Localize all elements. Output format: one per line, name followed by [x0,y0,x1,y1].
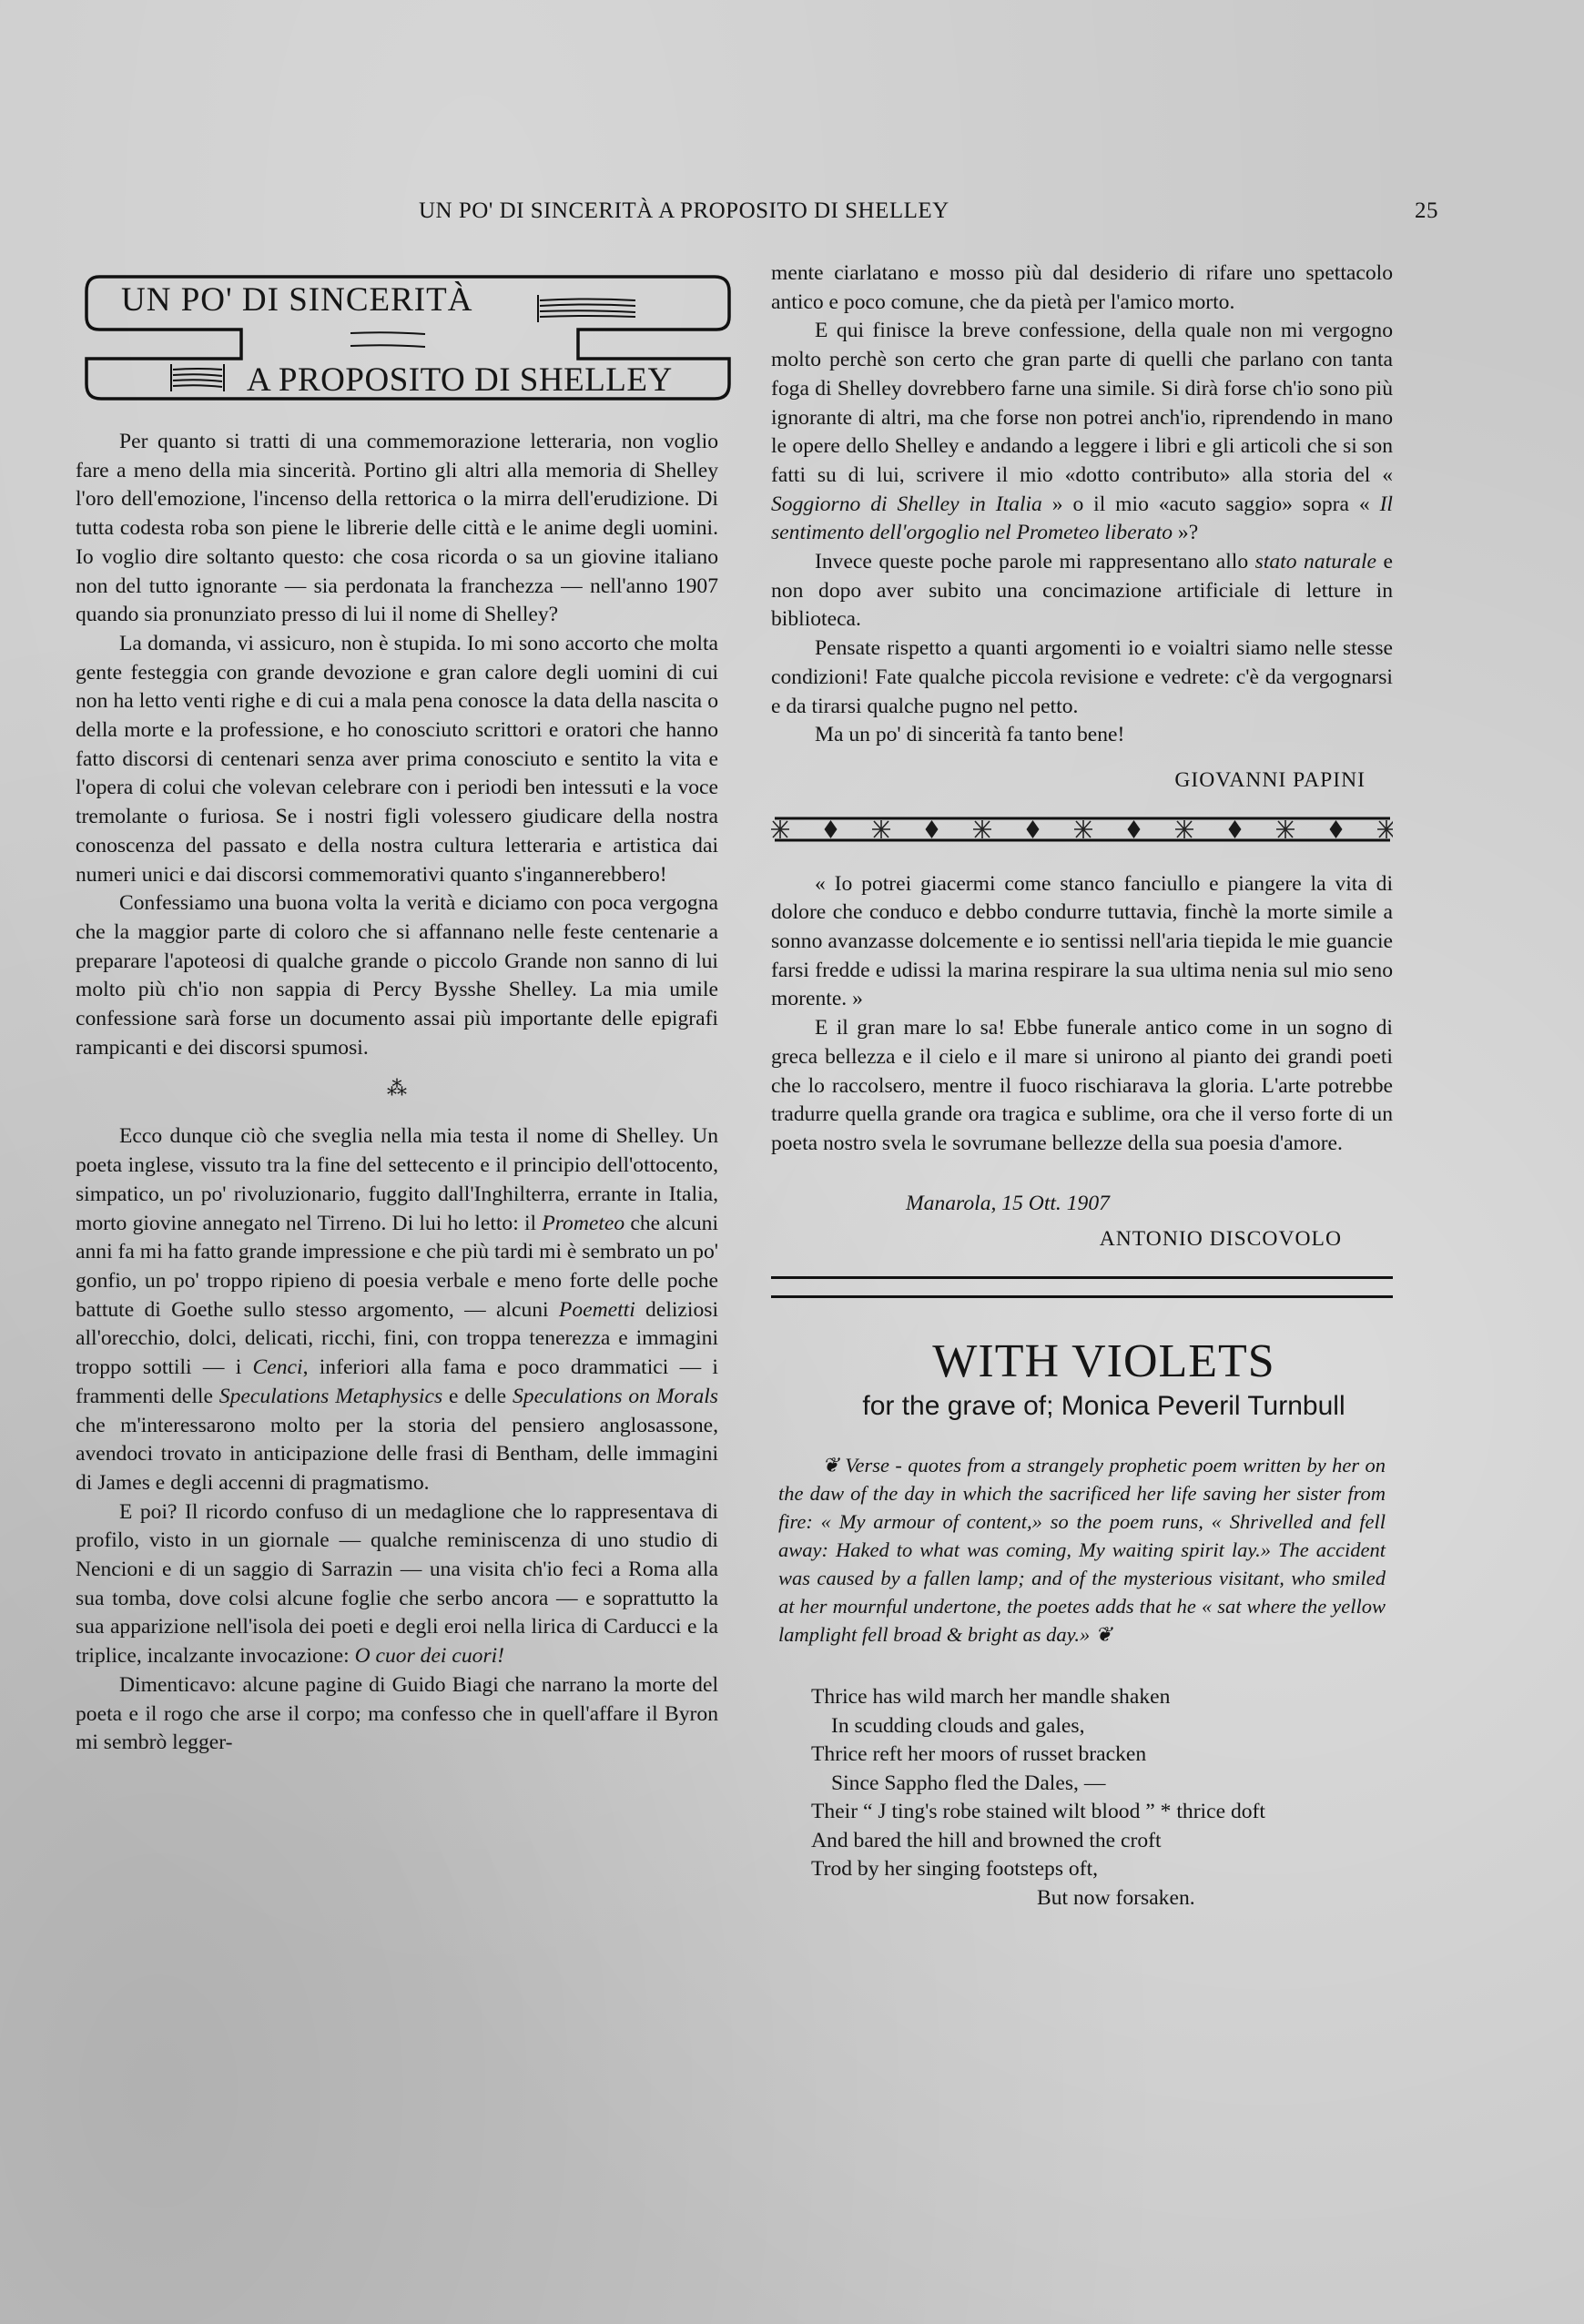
double-rule-divider [771,1276,1393,1298]
paragraph: Pensate rispetto a quanti argomenti io e… [771,634,1393,721]
quote-paragraph: « Io potrei giacermi come stanco fanciul… [771,870,1393,1015]
paragraph: La domanda, vi assicuro, non è stupida. … [76,630,718,889]
article-title-line1: UN PO' DI SINCERITÀ [121,280,472,320]
verse-line: Thrice reft her moors of russet bracken [811,1740,1393,1770]
paragraph: Confessiamo una buona volta la verità e … [76,889,718,1062]
poem-subtitle: for the grave of; Monica Peveril Turnbul… [771,1389,1393,1424]
ornament-band [771,816,1393,843]
verse-line: But now forsaken. [811,1884,1393,1913]
paragraph: E poi? Il ricordo confuso di un medaglio… [76,1498,718,1671]
verse-line: And bared the hill and browned the croft [811,1827,1393,1856]
right-column: mente ciarlatano e mosso più dal desider… [771,259,1393,1913]
paragraph: mente ciarlatano e mosso più dal desider… [771,259,1393,317]
verse-line: Thrice has wild march her mandle shaken [811,1683,1393,1712]
article-title-banner: UN PO' DI SINCERITÀ A PROPOSITO DI SHELL… [77,269,738,406]
paragraph: Per quanto si tratti di una commemorazio… [76,428,718,630]
paragraph: E il gran mare lo sa! Ebbe funerale anti… [771,1014,1393,1159]
dateline: Manarola, 15 Ott. 1907 [771,1190,1393,1219]
verse-line: Since Sappho fled the Dales, — [811,1770,1393,1799]
running-head: UN PO' DI SINCERITÀ A PROPOSITO DI SHELL… [419,198,1438,224]
poem-note: ❦ Verse - quotes from a strangely prophe… [771,1451,1393,1649]
scanned-page: UN PO' DI SINCERITÀ A PROPOSITO DI SHELL… [0,0,1584,2324]
ornamental-divider [771,816,1393,843]
author-signature: GIOVANNI PAPINI [771,766,1393,796]
paragraph: Ma un po' di sincerità fa tanto bene! [771,721,1393,750]
verse-line: In scudding clouds and gales, [811,1712,1393,1741]
article-title-line2: A PROPOSITO DI SHELLEY [247,360,673,400]
paragraph: Invece queste poche parole mi rappresent… [771,548,1393,634]
verse-line: Their “ J ting's robe stained wilt blood… [811,1798,1393,1827]
verse-line: Trod by her singing footsteps oft, [811,1855,1393,1884]
left-column: Per quanto si tratti di una commemorazio… [76,428,718,1758]
page-number: 25 [1415,198,1438,224]
author-signature: ANTONIO DISCOVOLO [771,1225,1393,1254]
poem-verses: Thrice has wild march her mandle shakenI… [771,1683,1393,1913]
running-head-title: UN PO' DI SINCERITÀ A PROPOSITO DI SHELL… [419,198,949,224]
asterism-divider: ⁂ [76,1082,718,1095]
paragraph: Ecco dunque ciò che sveglia nella mia te… [76,1122,718,1497]
paragraph: E qui finisce la breve confessione, dell… [771,317,1393,548]
poem-title: WITH VIOLETS [771,1335,1393,1389]
paragraph: Dimenticavo: alcune pagine di Guido Biag… [76,1671,718,1758]
